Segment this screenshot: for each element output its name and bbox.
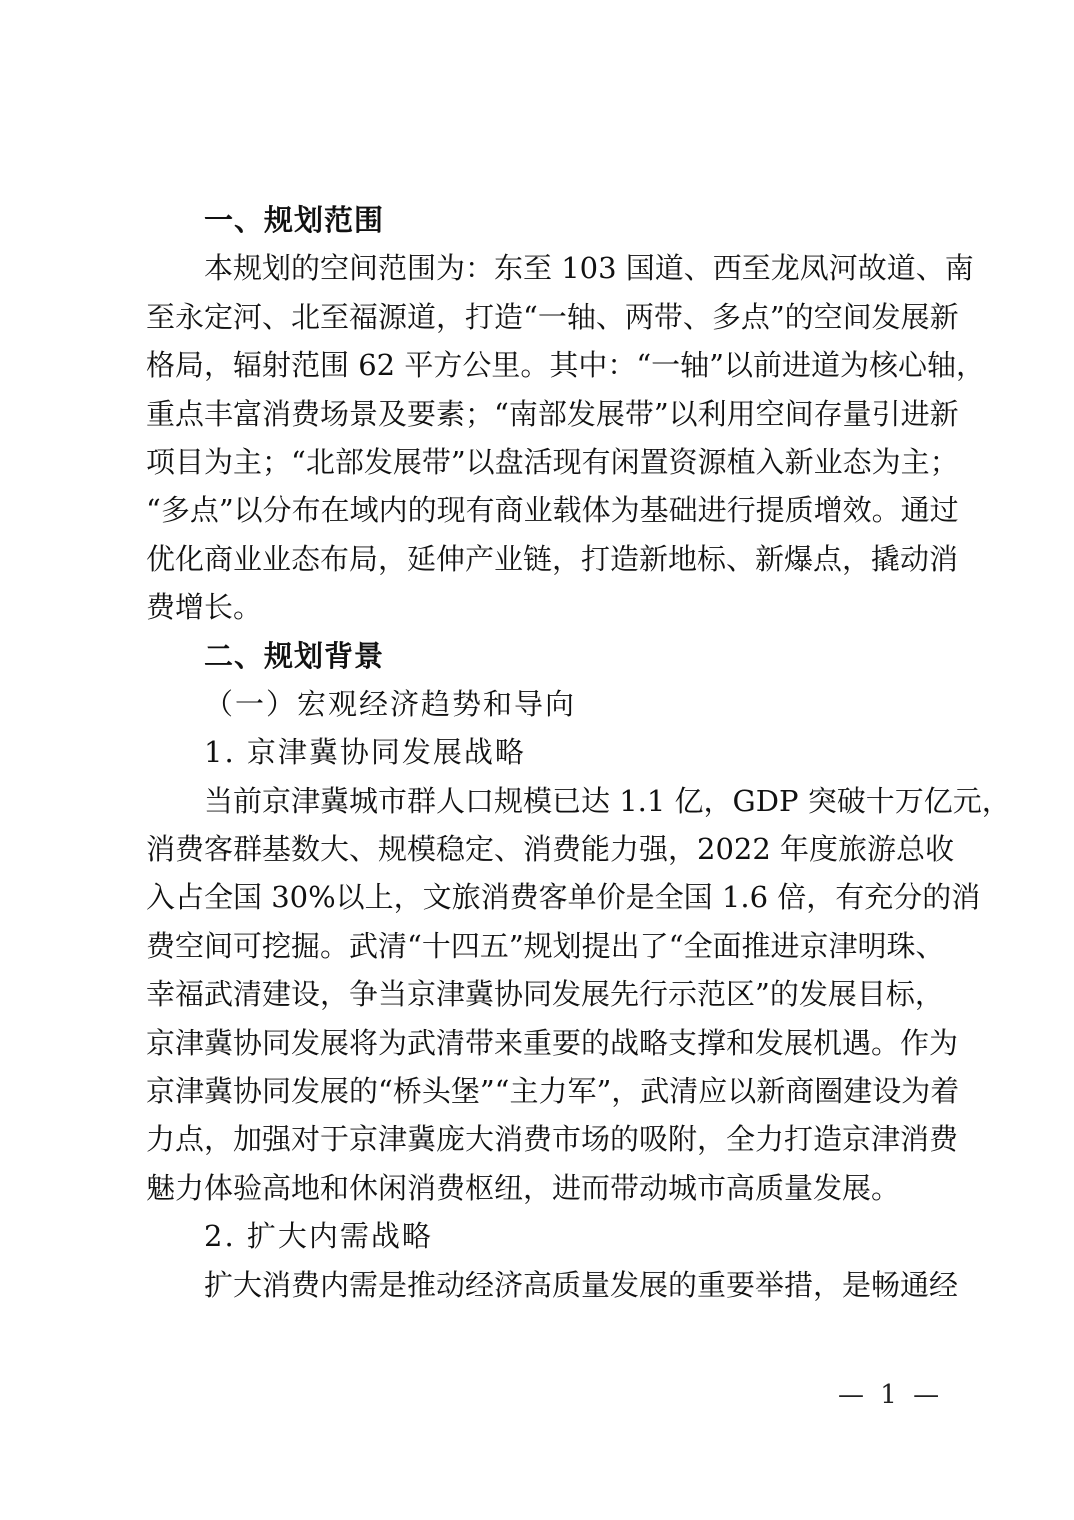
text-line: 当前京津冀城市群人口规模已达 1.1 亿，GDP 突破十万亿元， bbox=[146, 777, 942, 825]
text-line: 幸福武清建设，争当京津冀协同发展先行示范区”的发展目标， bbox=[146, 970, 942, 1018]
domestic-demand-paragraph: 扩大消费内需是推动经济高质量发展的重要举措，是畅通经 bbox=[146, 1261, 942, 1309]
subsection-heading-macro: （一）宏观经济趋势和导向 bbox=[146, 680, 942, 728]
text-line: 入占全国 30%以上，文旅消费客单价是全国 1.6 倍，有充分的消 bbox=[146, 873, 942, 921]
text-line: 本规划的空间范围为：东至 103 国道、西至龙凤河故道、南 bbox=[146, 244, 942, 292]
item-heading-domestic-demand: 2. 扩大内需战略 bbox=[146, 1212, 942, 1260]
text-line: 费增长。 bbox=[146, 583, 942, 631]
text-line: 优化商业业态布局，延伸产业链，打造新地标、新爆点，撬动消 bbox=[146, 535, 942, 583]
jingjinji-paragraph: 当前京津冀城市群人口规模已达 1.1 亿，GDP 突破十万亿元， 消费客群基数大… bbox=[146, 777, 942, 1213]
text-line: 京津冀协同发展将为武清带来重要的战略支撑和发展机遇。作为 bbox=[146, 1019, 942, 1067]
section-heading-background: 二、规划背景 bbox=[146, 632, 942, 680]
document-body: 一、规划范围 本规划的空间范围为：东至 103 国道、西至龙凤河故道、南 至永定… bbox=[146, 196, 942, 1309]
document-page: 一、规划范围 本规划的空间范围为：东至 103 国道、西至龙凤河故道、南 至永定… bbox=[0, 0, 1074, 1520]
text-line: 费空间可挖掘。武清“十四五”规划提出了“全面推进京津明珠、 bbox=[146, 922, 942, 970]
text-line: 格局，辐射范围 62 平方公里。其中：“一轴”以前进道为核心轴， bbox=[146, 341, 942, 389]
item-heading-jingjinji: 1. 京津冀协同发展战略 bbox=[146, 728, 942, 776]
text-line: 项目为主；“北部发展带”以盘活现有闲置资源植入新业态为主； bbox=[146, 438, 942, 486]
text-line: 扩大消费内需是推动经济高质量发展的重要举措，是畅通经 bbox=[146, 1261, 942, 1309]
page-number: — 1 — bbox=[838, 1380, 943, 1410]
text-line: “多点”以分布在域内的现有商业载体为基础进行提质增效。通过 bbox=[146, 486, 942, 534]
section-heading-scope: 一、规划范围 bbox=[146, 196, 942, 244]
text-line: 力点，加强对于京津冀庞大消费市场的吸附，全力打造京津消费 bbox=[146, 1115, 942, 1163]
text-line: 至永定河、北至福源道，打造“一轴、两带、多点”的空间发展新 bbox=[146, 293, 942, 341]
scope-paragraph: 本规划的空间范围为：东至 103 国道、西至龙凤河故道、南 至永定河、北至福源道… bbox=[146, 244, 942, 631]
text-line: 京津冀协同发展的“桥头堡”“主力军”，武清应以新商圈建设为着 bbox=[146, 1067, 942, 1115]
text-line: 魅力体验高地和休闲消费枢纽，进而带动城市高质量发展。 bbox=[146, 1164, 942, 1212]
text-line: 重点丰富消费场景及要素；“南部发展带”以利用空间存量引进新 bbox=[146, 390, 942, 438]
text-line: 消费客群基数大、规模稳定、消费能力强，2022 年度旅游总收 bbox=[146, 825, 942, 873]
